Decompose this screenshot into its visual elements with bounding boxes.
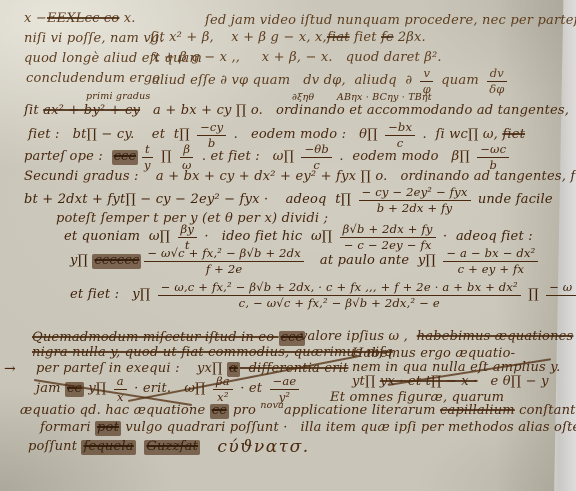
line-04-left: concludendum ergo [26, 72, 160, 87]
text-run: yt∏ [352, 375, 380, 390]
text-run: fiet : bt∏ − cy. et t∏ [28, 128, 194, 143]
line-22: poſſunt ſequela Guzzſat ϲύϑνατσ. [28, 438, 310, 458]
line-18-right: yt∏ yx · et t∏ − x · e θ∏ − y [352, 375, 549, 390]
fraction: dv δφ [486, 68, 507, 96]
spacer [136, 440, 145, 455]
line-17-left: per parteſ in exequi : yx∏ α differentia… [36, 362, 348, 377]
margin-arrow-mark: → [4, 361, 16, 377]
text-run: et quoniam ω∏ [64, 230, 175, 245]
text-run: concludendum ergo [26, 72, 160, 87]
text-run: ſit [24, 104, 43, 119]
text-run: · adeoq fiet : [439, 230, 533, 245]
text-run: ſit x² + β, x + β g − x, x, [150, 31, 327, 46]
struck-text: fc [381, 31, 394, 46]
text-run: fiet [350, 31, 381, 46]
line-07: parteſ ope : ccc t y ∏ β ω . et fiet : ω… [24, 144, 512, 172]
text-run: x − [24, 12, 47, 27]
fraction: − a − bx − dx² c + ey + fx [443, 248, 538, 276]
fraction: −ωc b [477, 144, 509, 172]
fraction: −θb c [301, 144, 332, 172]
struck-text: Quemadmodum miſcetur iſtud in eo [32, 331, 279, 346]
line-13: et fiet : y∏ − ω,c + fx,² − β√b + 2dx, ·… [70, 282, 576, 310]
struck-text: EEXLcc co [47, 12, 119, 27]
fraction: − cy − 2ey² − fyx b + 2dx + fy [359, 187, 471, 215]
text-run: Secundi gradus : a + bx + cy + dx² + ey²… [24, 170, 576, 185]
text-run: ſed jam video iſtud nunquam procedere, n… [205, 14, 576, 29]
text-run: poſſunt [28, 440, 81, 455]
text-run: · et [236, 382, 267, 397]
text-run: conſtantium [515, 404, 576, 419]
line-01-left: x − EEXLcc co x. [24, 12, 136, 27]
text-run: et fiet : y∏ [70, 288, 155, 303]
text-run: aliud eſſe ∂ vφ quam dv dφ, aliudq ∂ [152, 74, 417, 89]
blotted-text: pot [95, 421, 121, 436]
blotted-text: cccccc [92, 254, 141, 269]
fraction: − ω c + fx,² ,β√b + 2dx f + 2e [546, 282, 576, 310]
text-run: a + bx + cy ∏ o. ordinando et accommodan… [140, 104, 569, 119]
text-run: parteſ ope : [24, 150, 112, 165]
fraction: − ω,c + fx,² − β√b + 2dx, · c + fx ,,, +… [158, 282, 521, 310]
text-run: . ſi wc∏ ω, [418, 128, 502, 143]
text-run: bt + 2dxt + fyt∏ − cy − 2ey² − fyx · ade… [24, 193, 356, 208]
blotted-text: cc [210, 404, 229, 419]
text-run: pro [229, 404, 261, 419]
line-12: y∏ cccccc − ω√c + fx,² − β√b + 2dx f + 2… [70, 248, 541, 276]
text-run: y∏ [70, 254, 92, 269]
line-02-left: niſi vi poſſe, nam vg. [24, 32, 164, 47]
line-20: æquatio qd. hac æquatione cc pro nova ap… [20, 404, 576, 419]
blotted-text: Guzzſat [144, 440, 200, 455]
struck-text: capillalium [440, 404, 515, 419]
text-run: niſi vi poſſe, nam vg. [24, 32, 164, 47]
text-run: quam [437, 74, 483, 89]
fraction: β ω [179, 144, 195, 172]
text-run: x. [119, 12, 135, 27]
line-15-right: valore ipſius ω , habebimus æquationes [300, 330, 573, 345]
text-run: applicatione literarum [284, 404, 440, 419]
text-run: per parteſ in exequi : yx∏ [36, 362, 227, 377]
line-08: Secundi gradus : a + bx + cy + dx² + ey²… [24, 170, 576, 185]
interline-note: primi gradus [86, 92, 151, 103]
struck-text: ax² + by² + cy [43, 104, 140, 119]
blotted-text: ſequela [81, 440, 135, 455]
text-run: vulgo quadrari poſſunt · illa item quæ i… [121, 421, 576, 436]
text-run: . eodem modo β∏ [335, 150, 474, 165]
manuscript-photo: x − EEXLcc co x. ſed jam video iſtud nun… [0, 0, 576, 491]
line-02-right: ſit x² + β, x + β g − x, x, fiat fiet fc… [150, 31, 426, 46]
line-05: ſit ax² + by² + cy a + bx + cy ∏ o. ordi… [24, 104, 569, 119]
text-run: ∏ [157, 150, 176, 165]
struck-text: habebimus æquationes [417, 330, 574, 345]
text-run: valore ipſius ω , [300, 330, 417, 345]
text-run: æquatio qd. hac æquatione [20, 404, 210, 419]
line-01-right: ſed jam video iſtud nunquam procedere, n… [205, 14, 576, 29]
line-15-left: Quemadmodum miſcetur iſtud in eo ccc [32, 331, 305, 346]
text-run: formari [40, 421, 95, 436]
text-run: x + β g − x ,, x + β, − x. quod daret β²… [152, 51, 442, 66]
text-run: . et fiet : ω∏ [198, 150, 299, 165]
line-21: formari pot vulgo quadrari poſſunt · ill… [40, 421, 576, 436]
struck-text: fiat [327, 31, 350, 46]
arrow-icon: → [4, 361, 16, 377]
spacer [200, 440, 217, 455]
text-run: · ideo fiet hic ω∏ [200, 230, 337, 245]
text-run: . eodem modo : θ∏ [229, 128, 382, 143]
fraction: − ω√c + fx,² − β√b + 2dx f + 2e [144, 248, 304, 276]
text-run: unde facile [474, 193, 553, 208]
struck-text: fiet [502, 128, 525, 143]
fraction: a x [114, 376, 127, 404]
text-run: · erit. ω∏ [130, 382, 210, 397]
fraction: t y [141, 144, 154, 172]
blotted-text: ccc [112, 150, 138, 165]
text-run: primi gradus [86, 92, 151, 103]
text-run: at paulo ante y∏ [307, 254, 440, 269]
text-run: 2βx. [394, 31, 426, 46]
cipher-word: ϲύϑνατσ. [217, 438, 309, 458]
interline-insertion: nova [260, 401, 284, 412]
line-03-right: x + β g − x ,, x + β, − x. quod daret β²… [152, 51, 442, 66]
text-run: e θ∏ − y [478, 375, 549, 390]
text-run: ∏ [524, 288, 543, 303]
